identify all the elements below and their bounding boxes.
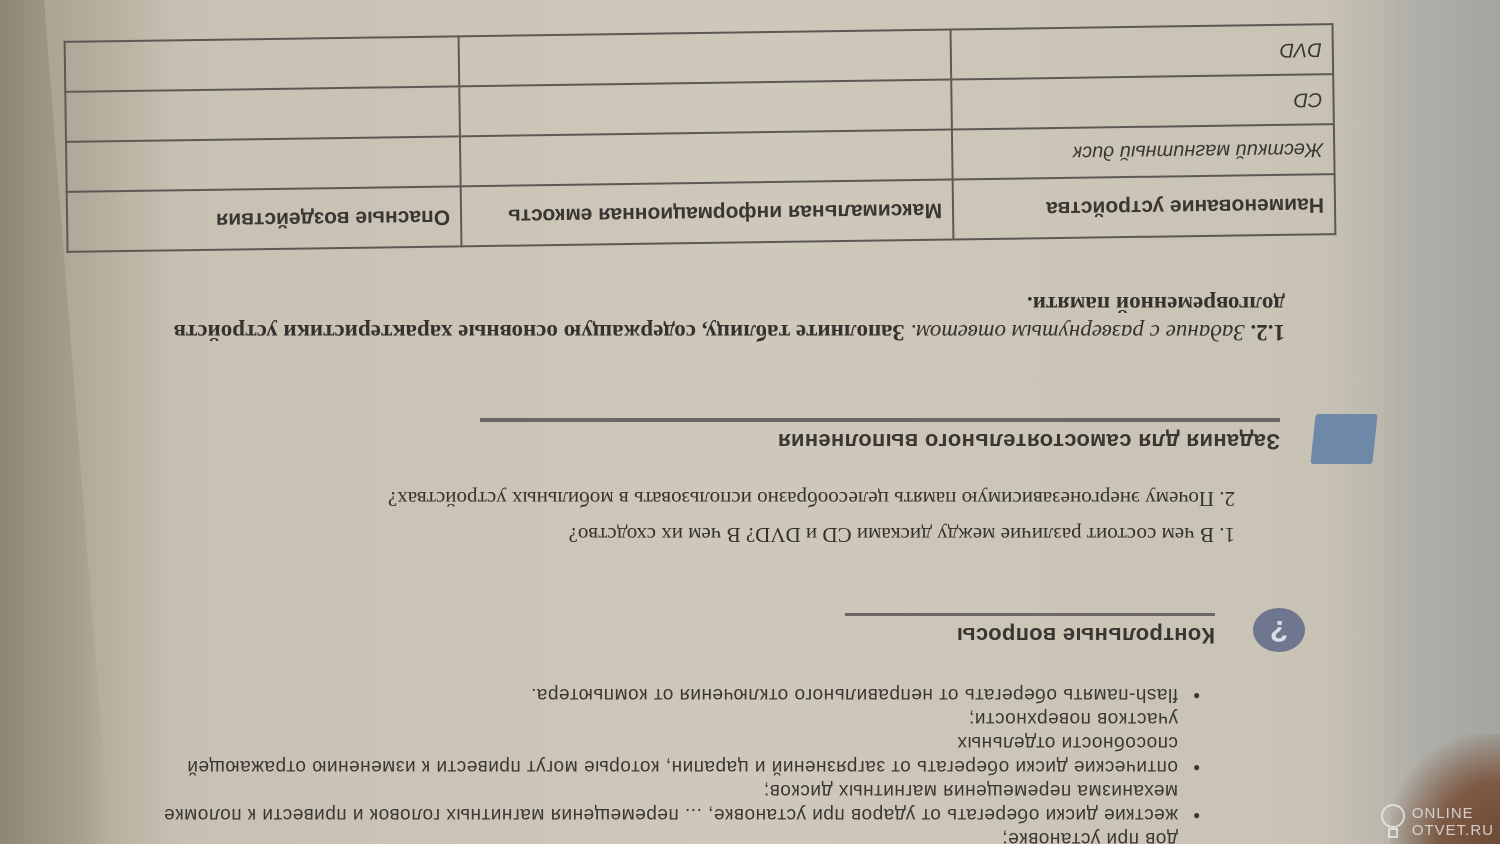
cell-effects[interactable] — [66, 136, 461, 191]
self-tasks-title: Задания для самостоятельного выполнения — [480, 428, 1280, 454]
cell-effects[interactable] — [65, 86, 460, 141]
cell-device: DVD — [951, 24, 1334, 79]
section-divider — [480, 418, 1280, 422]
task-text: 1.2. Задание с развернутым ответом. Запо… — [115, 290, 1285, 346]
textbook-page: Наименование устройства Максимальная инф… — [0, 0, 1500, 844]
bullet-optical-disks: оптические диски оберегать от загрязнени… — [160, 730, 1200, 778]
pencil-icon — [1310, 414, 1377, 464]
header-dangerous-effects: Опасные воздействия — [67, 186, 462, 251]
cell-effects[interactable] — [65, 36, 460, 91]
question-1: 1. В чем состоит различие между дисками … — [155, 522, 1235, 548]
watermark-line2: OTVET.RU — [1412, 822, 1494, 839]
bullet-flash-memory: flash-память оберегать от неправильного … — [160, 682, 1200, 706]
watermark: ONLINE OTVET.RU — [1380, 804, 1494, 840]
lightbulb-icon — [1380, 804, 1406, 840]
bullet-hard-disks: жесткие диски оберегать от ударов при ус… — [160, 778, 1200, 826]
question-2: 2. Почему энергонезависимую память целес… — [155, 486, 1235, 512]
task-number: 1.2. — [1251, 320, 1286, 345]
cell-capacity[interactable] — [460, 129, 953, 186]
cell-capacity[interactable] — [459, 79, 952, 136]
header-device-name: Наименование устройства — [953, 174, 1336, 239]
question-mark-icon: ? — [1253, 608, 1305, 652]
task-type: Задание с развернутым ответом. — [910, 320, 1244, 345]
bullet-prefix: дов при установке; — [160, 826, 1200, 844]
cell-device: CD — [951, 74, 1334, 129]
storage-devices-table: Наименование устройства Максимальная инф… — [64, 23, 1337, 253]
cell-device: Жесткий магнитный диск — [952, 124, 1335, 179]
section-divider — [845, 613, 1215, 616]
bullet-optical-continuation: участков поверхности; — [160, 706, 1200, 730]
header-max-capacity: Максимальная информационная емкость — [461, 179, 954, 246]
watermark-line1: ONLINE — [1412, 805, 1494, 822]
control-questions-title: Контрольные вопросы — [845, 622, 1215, 648]
task-block: 1.2. Задание с развернутым ответом. Запо… — [115, 290, 1285, 346]
questions-list: 1. В чем состоит различие между дисками … — [155, 486, 1235, 548]
care-recommendations: дов при установке; жесткие диски оберега… — [160, 682, 1200, 844]
cell-capacity[interactable] — [459, 29, 952, 86]
